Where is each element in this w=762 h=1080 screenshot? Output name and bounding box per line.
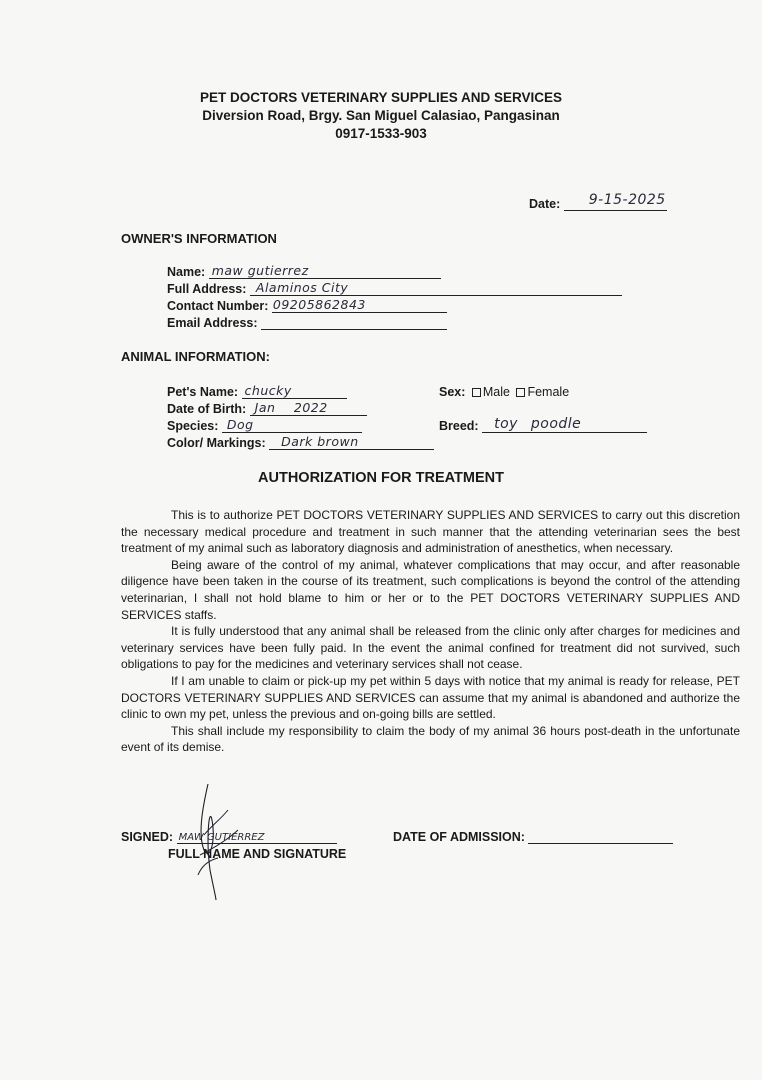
male-checkbox[interactable] <box>472 388 481 397</box>
date-label: Date: <box>529 197 560 211</box>
owner-email-line <box>261 315 447 330</box>
pet-species-label: Species: <box>167 419 218 433</box>
pet-name-line: chucky <box>242 384 347 399</box>
pet-dob-line: Jan 2022 <box>250 401 367 416</box>
treatment-authorization-form: PET DOCTORS VETERINARY SUPPLIES AND SERV… <box>0 0 762 1080</box>
date-value: 9-15-2025 <box>589 192 666 208</box>
breed-line: toy poodle <box>482 418 647 433</box>
authorization-paragraph: This shall include my responsibility to … <box>121 723 740 756</box>
date-field[interactable]: Date: 9-15-2025 <box>529 196 667 212</box>
owner-address-value: Alaminos City <box>256 280 348 295</box>
pet-color-line: Dark brown <box>269 435 434 450</box>
owner-name-label: Name: <box>167 265 205 279</box>
pet-color-field[interactable]: Color/ Markings: Dark brown <box>167 435 434 451</box>
pet-dob-label: Date of Birth: <box>167 402 246 416</box>
pet-name-field[interactable]: Pet's Name: chucky <box>167 384 347 400</box>
authorization-body: This is to authorize PET DOCTORS VETERIN… <box>121 507 740 756</box>
owner-email-field[interactable]: Email Address: <box>167 315 447 331</box>
owner-email-label: Email Address: <box>167 316 258 330</box>
sex-field: Sex: Male Female <box>439 385 569 401</box>
admission-date-label: DATE OF ADMISSION: <box>393 830 525 844</box>
owner-address-label: Full Address: <box>167 282 246 296</box>
breed-label: Breed: <box>439 419 479 433</box>
date-line: 9-15-2025 <box>564 196 667 211</box>
female-option-label: Female <box>527 385 569 399</box>
pet-name-label: Pet's Name: <box>167 385 238 399</box>
owner-name-line: maw gutierrez <box>209 264 441 279</box>
animal-section-title: ANIMAL INFORMATION: <box>121 349 270 364</box>
signature-scribble-icon <box>190 780 250 905</box>
signed-label: SIGNED: <box>121 830 173 844</box>
business-address: Diversion Road, Brgy. San Miguel Calasia… <box>0 107 762 125</box>
pet-name-value: chucky <box>245 383 292 398</box>
pet-species-field[interactable]: Species: Dog <box>167 418 362 434</box>
pet-dob-field[interactable]: Date of Birth: Jan 2022 <box>167 401 367 417</box>
authorization-paragraph: If I am unable to claim or pick-up my pe… <box>121 673 740 723</box>
pet-color-value: Dark brown <box>281 434 359 449</box>
male-option-label: Male <box>483 385 510 399</box>
pet-dob-value: Jan 2022 <box>255 400 328 415</box>
authorization-paragraph: It is fully understood that any animal s… <box>121 623 740 673</box>
owner-contact-label: Contact Number: <box>167 299 268 313</box>
owner-section-title: OWNER'S INFORMATION <box>121 231 277 246</box>
female-checkbox[interactable] <box>516 388 525 397</box>
authorization-paragraph: This is to authorize PET DOCTORS VETERIN… <box>121 507 740 557</box>
admission-date-line <box>528 829 673 844</box>
owner-address-line: Alaminos City <box>250 281 622 296</box>
owner-name-field[interactable]: Name: maw gutierrez <box>167 264 441 280</box>
business-name: PET DOCTORS VETERINARY SUPPLIES AND SERV… <box>0 89 762 107</box>
business-phone: 0917-1533-903 <box>0 125 762 143</box>
owner-contact-line: 09205862843 <box>272 298 447 313</box>
pet-species-value: Dog <box>227 417 254 432</box>
breed-value: toy poodle <box>494 416 581 432</box>
owner-address-field[interactable]: Full Address: Alaminos City <box>167 281 622 297</box>
authorization-paragraph: Being aware of the control of my animal,… <box>121 557 740 623</box>
owner-name-value: maw gutierrez <box>212 263 309 278</box>
admission-date-field[interactable]: DATE OF ADMISSION: <box>393 829 673 845</box>
owner-contact-value: 09205862843 <box>273 297 366 312</box>
pet-color-label: Color/ Markings: <box>167 436 266 450</box>
authorization-title: AUTHORIZATION FOR TREATMENT <box>0 470 762 486</box>
letterhead: PET DOCTORS VETERINARY SUPPLIES AND SERV… <box>0 89 762 143</box>
pet-species-line: Dog <box>222 418 362 433</box>
owner-contact-field[interactable]: Contact Number: 09205862843 <box>167 298 447 314</box>
sex-label: Sex: <box>439 385 465 399</box>
breed-field[interactable]: Breed: toy poodle <box>439 418 647 434</box>
